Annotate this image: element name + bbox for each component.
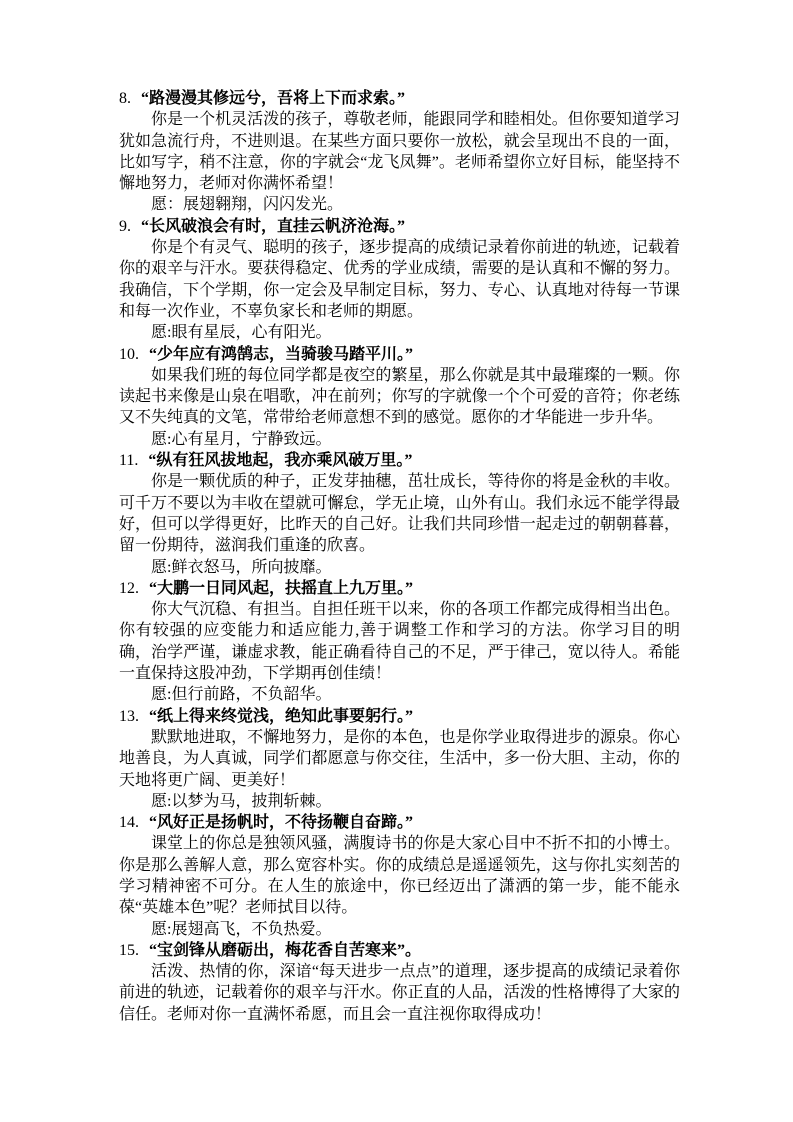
item-number: 8. (119, 90, 131, 107)
item-quote: “路漫漫其修远兮，吾将上下而求索。” (141, 90, 405, 107)
item-number: 9. (119, 218, 131, 235)
item-wish: 愿:鲜衣怒马，所向披靡。 (119, 557, 680, 578)
item-comment: 你是一颗优质的种子，正发芽抽穗，茁壮成长，等待你的将是金秋的丰收。可千万不要以为… (119, 471, 680, 556)
comment-item-12: 12.“大鹏一日同风起，扶摇直上九万里。” 你大气沉稳、有担当。自担任班干以来，… (119, 578, 680, 706)
item-comment: 默默地进取，不懈地努力，是你的本色，也是你学业取得进步的源泉。你心地善良，为人真… (119, 727, 680, 791)
comment-item-15: 15.“宝剑锋从磨砺出，梅花香自苦寒来”。 活泼、热情的你，深谙“每天进步一点点… (119, 940, 680, 1025)
comment-item-13: 13.“纸上得来终觉浅，绝知此事要躬行。” 默默地进取，不懈地努力，是你的本色，… (119, 706, 680, 812)
item-heading: 13.“纸上得来终觉浅，绝知此事要躬行。” (119, 706, 680, 727)
item-quote: “大鹏一日同风起，扶摇直上九万里。” (149, 580, 413, 597)
item-heading: 15.“宝剑锋从磨砺出，梅花香自苦寒来”。 (119, 940, 680, 961)
item-comment: 你是一个机灵活泼的孩子，尊敬老师，能跟同学和睦相处。但你要知道学习犹如急流行舟，… (119, 109, 680, 194)
item-number: 11. (119, 452, 138, 469)
item-comment: 你是个有灵气、聪明的孩子，逐步提高的成绩记录着你前进的轨迹，记载着你的艰辛与汗水… (119, 237, 680, 322)
item-quote: “风好正是扬帆时，不待扬鞭自奋蹄。” (149, 814, 413, 831)
item-wish: 愿：展翅翱翔，闪闪发光。 (119, 194, 680, 215)
item-quote: “少年应有鸿鹄志，当骑骏马踏平川。” (149, 346, 413, 363)
comment-item-14: 14.“风好正是扬帆时，不待扬鞭自奋蹄。” 课堂上的你总是独领风骚，满腹诗书的你… (119, 812, 680, 940)
comment-item-8: 8.“路漫漫其修远兮，吾将上下而求索。” 你是一个机灵活泼的孩子，尊敬老师，能跟… (119, 88, 680, 216)
item-wish: 愿:但行前路，不负韶华。 (119, 684, 680, 705)
item-heading: 8.“路漫漫其修远兮，吾将上下而求索。” (119, 88, 680, 109)
item-wish: 愿:心有星月，宁静致远。 (119, 429, 680, 450)
item-quote: “宝剑锋从磨砺出，梅花香自苦寒来”。 (149, 942, 421, 959)
comment-item-11: 11.“纵有狂风拔地起，我亦乘风破万里。” 你是一颗优质的种子，正发芽抽穗，茁壮… (119, 450, 680, 578)
item-wish: 愿:以梦为马，披荆斩棘。 (119, 791, 680, 812)
item-quote: “纸上得来终觉浅，绝知此事要躬行。” (149, 708, 413, 725)
item-number: 14. (119, 814, 139, 831)
item-comment: 如果我们班的每位同学都是夜空的繁星，那么你就是其中最璀璨的一颗。你读起书来像是山… (119, 365, 680, 429)
item-wish: 愿:展翅高飞，不负热爱。 (119, 919, 680, 940)
item-heading: 14.“风好正是扬帆时，不待扬鞭自奋蹄。” (119, 812, 680, 833)
item-heading: 12.“大鹏一日同风起，扶摇直上九万里。” (119, 578, 680, 599)
item-number: 13. (119, 708, 139, 725)
item-heading: 10.“少年应有鸿鹄志，当骑骏马踏平川。” (119, 344, 680, 365)
comment-item-9: 9.“长风破浪会有时，直挂云帆济沧海。” 你是个有灵气、聪明的孩子，逐步提高的成… (119, 216, 680, 344)
item-comment: 课堂上的你总是独领风骚，满腹诗书的你是大家心目中不折不扣的小博士。你是那么善解人… (119, 833, 680, 918)
item-quote: “长风破浪会有时，直挂云帆济沧海。” (141, 218, 405, 235)
item-quote: “纵有狂风拔地起，我亦乘风破万里。” (148, 452, 412, 469)
item-heading: 9.“长风破浪会有时，直挂云帆济沧海。” (119, 216, 680, 237)
item-number: 12. (119, 580, 139, 597)
item-comment: 活泼、热情的你，深谙“每天进步一点点”的道理，逐步提高的成绩记录着你前进的轨迹，… (119, 961, 680, 1025)
item-number: 10. (119, 346, 139, 363)
document-page: 8.“路漫漫其修远兮，吾将上下而求索。” 你是一个机灵活泼的孩子，尊敬老师，能跟… (0, 0, 793, 1122)
item-wish: 愿:眼有星辰，心有阳光。 (119, 322, 680, 343)
item-heading: 11.“纵有狂风拔地起，我亦乘风破万里。” (119, 450, 680, 471)
item-comment: 你大气沉稳、有担当。自担任班干以来，你的各项工作都完成得相当出色。你有较强的应变… (119, 599, 680, 684)
comment-item-10: 10.“少年应有鸿鹄志，当骑骏马踏平川。” 如果我们班的每位同学都是夜空的繁星，… (119, 344, 680, 450)
item-number: 15. (119, 942, 139, 959)
